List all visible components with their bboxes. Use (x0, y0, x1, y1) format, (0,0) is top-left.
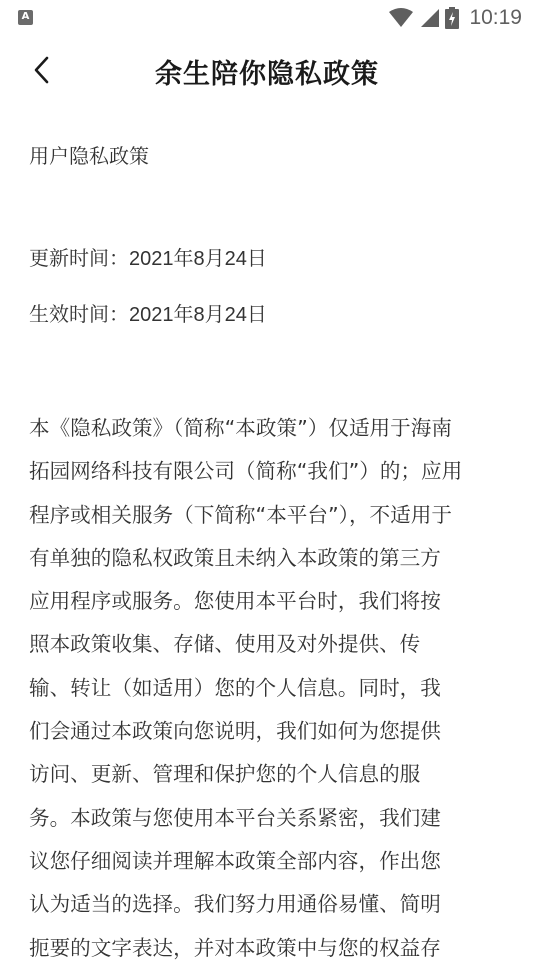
effective-date: 生效时间：2021年8月24日 (29, 298, 267, 327)
battery-charging-icon (445, 7, 459, 29)
updated-date: 更新时间：2021年8月24日 (29, 242, 267, 271)
page-title: 余生陪你隐私政策 (0, 52, 534, 91)
paragraph-line: 应用程序或服务。您使用本平台时，我们将按 (29, 580, 507, 623)
status-indicators: 10:19 (389, 4, 522, 32)
paragraph-line: 们会通过本政策向您说明，我们如何为您提供 (29, 710, 507, 753)
paragraph-line: 议您仔细阅读并理解本政策全部内容，作出您 (29, 840, 507, 883)
policy-intro-paragraph: 本《隐私政策》（简称“本政策”）仅适用于海南 拓园网络科技有限公司（简称“我们”… (29, 407, 507, 950)
app-header: 余生陪你隐私政策 (0, 38, 534, 102)
paragraph-line: 访问、更新、管理和保护您的个人信息的服 (29, 753, 507, 796)
paragraph-line: 拓园网络科技有限公司（简称“我们”）的；应用 (29, 450, 507, 493)
paragraph-line: 务。本政策与您使用本平台关系紧密，我们建 (29, 797, 507, 840)
paragraph-line: 程序或相关服务（下简称“本平台”），不适用于 (29, 494, 507, 537)
paragraph-line: 本《隐私政策》（简称“本政策”）仅适用于海南 (29, 407, 507, 450)
cellular-signal-icon (419, 8, 439, 28)
paragraph-line: 照本政策收集、存储、使用及对外提供、传 (29, 623, 507, 666)
wifi-icon (389, 8, 413, 28)
paragraph-line: 有单独的隐私权政策且未纳入本政策的第三方 (29, 537, 507, 580)
paragraph-line: 输、转让（如适用）您的个人信息。同时，我 (29, 667, 507, 710)
paragraph-line: 认为适当的选择。我们努力用通俗易懂、简明 (29, 883, 507, 926)
document-heading: 用户隐私政策 (29, 140, 149, 169)
status-bar: A 10:19 (0, 0, 534, 38)
notification-app-icon: A (18, 10, 33, 25)
clock: 10:19 (469, 6, 522, 30)
paragraph-line: 扼要的文字表达，并对本政策中与您的权益存 (29, 927, 507, 950)
